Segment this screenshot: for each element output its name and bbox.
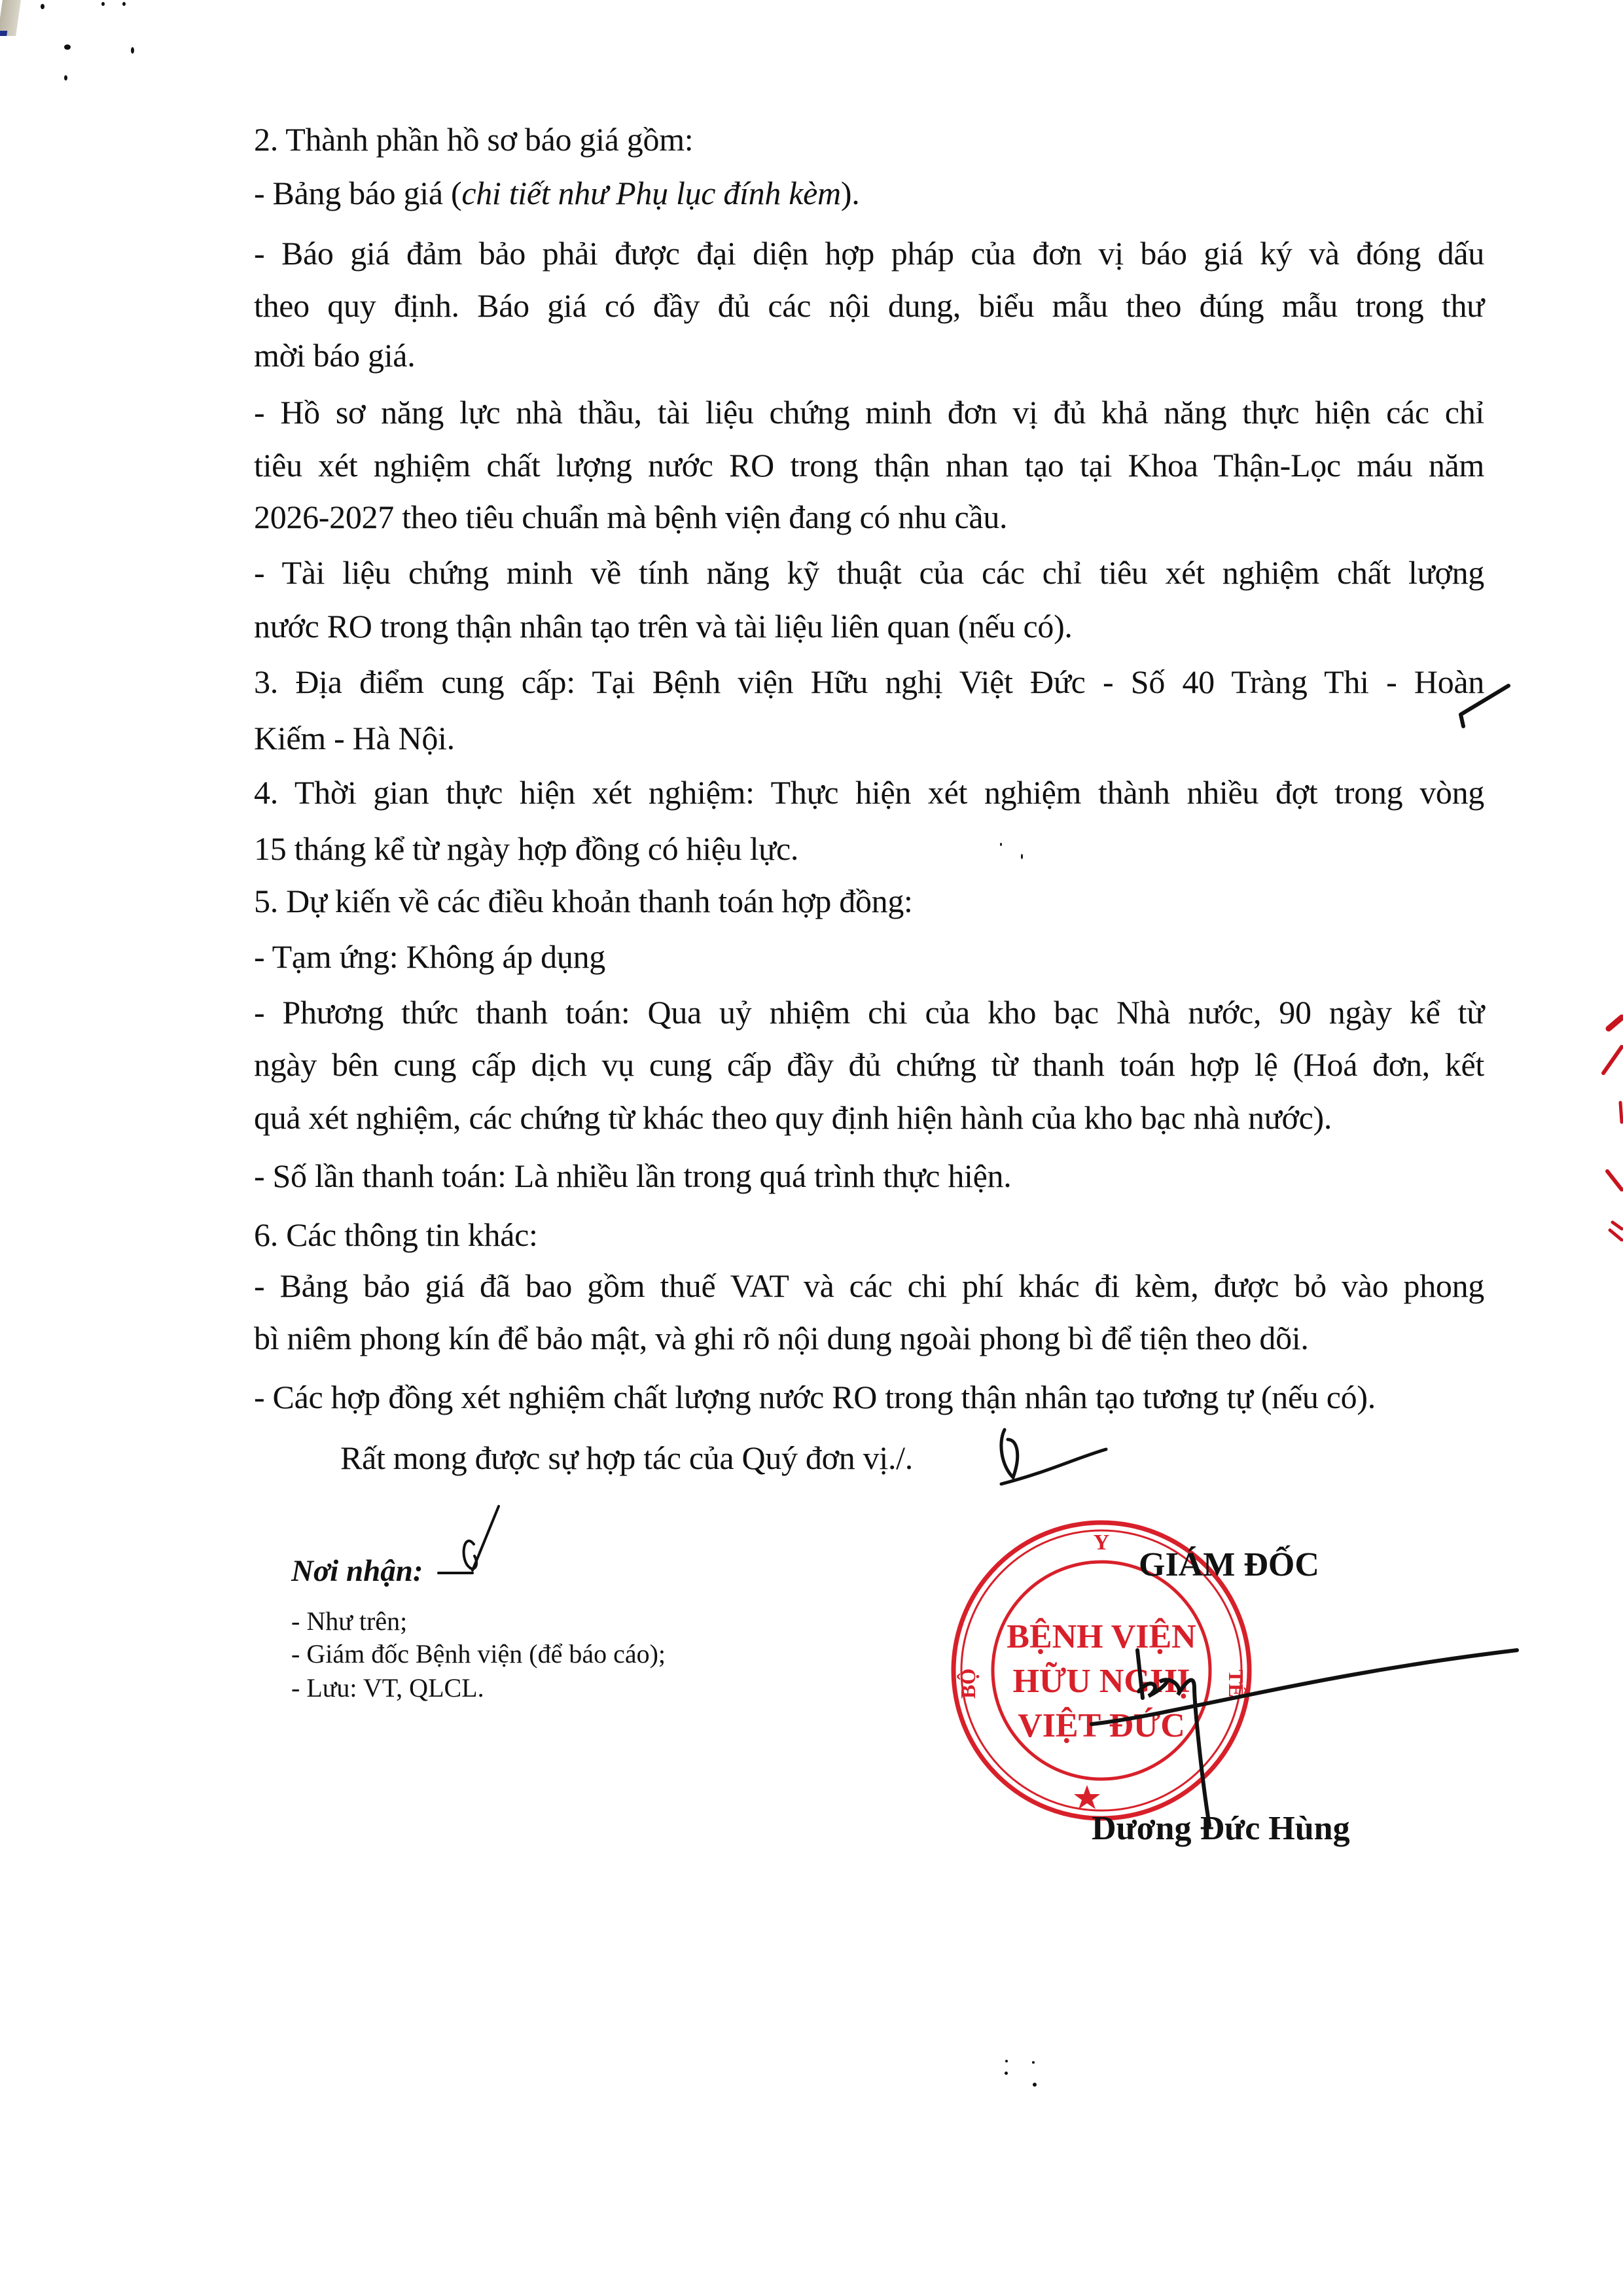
section-4-duration-line-2: 15 tháng kể từ ngày hợp đồng có hiệu lực… bbox=[254, 832, 798, 865]
bleed-through-red-marks bbox=[1584, 981, 1623, 1269]
section-5-payment-method-line-3: quả xét nghiệm, các chứng từ khác theo q… bbox=[254, 1101, 1332, 1134]
section-3-location-line-2: Kiếm - Hà Nội. bbox=[254, 722, 455, 754]
scan-speck bbox=[1005, 2072, 1008, 2075]
item-prefix: - Bảng báo giá ( bbox=[254, 175, 461, 211]
section-2-item-technical-docs-line-1: - Tài liệu chứng minh về tính năng kỹ th… bbox=[254, 556, 1484, 589]
scan-speck bbox=[1005, 2060, 1008, 2062]
scan-speck bbox=[122, 2, 126, 6]
stamp-line-1: BỆNH VIỆN bbox=[1007, 1617, 1196, 1655]
section-3-location-line-1: 3. Địa điểm cung cấp: Tại Bệnh viện Hữu … bbox=[254, 665, 1484, 698]
closing-remark: Rất mong được sự hợp tác của Quý đơn vị.… bbox=[340, 1441, 913, 1474]
section-2-item-quote-signature-line-3: mời báo giá. bbox=[254, 339, 415, 372]
closing-initial-mark-icon bbox=[1001, 1430, 1106, 1484]
recipient-item: - Lưu: VT, QLCL. bbox=[291, 1675, 484, 1701]
recipients-title: Nơi nhận: bbox=[291, 1556, 423, 1587]
recipient-item: - Giám đốc Bệnh viện (để báo cáo); bbox=[291, 1641, 666, 1667]
section-5-payment-count: - Số lần thanh toán: Là nhiều lần trong … bbox=[254, 1159, 1011, 1192]
section-2-item-quote-table: - Bảng báo giá (chi tiết như Phụ lục đín… bbox=[254, 177, 859, 209]
section-5-heading: 5. Dự kiến về các điều khoản thanh toán … bbox=[254, 885, 913, 917]
section-6-heading: 6. Các thông tin khác: bbox=[254, 1218, 538, 1251]
section-2-item-capability-line-1: - Hồ sơ năng lực nhà thầu, tài liệu chứn… bbox=[254, 396, 1484, 429]
section-6-similar-contracts: - Các hợp đồng xét nghiệm chất lượng nướ… bbox=[254, 1381, 1376, 1413]
section-4-duration-line-1: 4. Thời gian thực hiện xét nghiệm: Thực … bbox=[254, 776, 1484, 809]
scan-speck bbox=[64, 75, 67, 80]
section-2-item-capability-line-2: tiêu xét nghiệm chất lượng nước RO trong… bbox=[254, 449, 1484, 482]
section-6-vat-line-2: bì niêm phong kín để bảo mật, và ghi rõ … bbox=[254, 1322, 1309, 1354]
section-2-item-technical-docs-line-2: nước RO trong thận nhân tạo trên và tài … bbox=[254, 610, 1073, 643]
stamp-top-letter: Y bbox=[1094, 1530, 1110, 1555]
scan-speck bbox=[64, 44, 71, 50]
section-6-vat-line-1: - Bảng bảo giá đã bao gồm thuế VAT và cá… bbox=[254, 1269, 1484, 1302]
section-5-payment-method-line-2: ngày bên cung cấp dịch vụ cung cấp đầy đ… bbox=[254, 1048, 1484, 1081]
section-5-advance-payment: - Tạm ứng: Không áp dụng bbox=[254, 940, 605, 973]
scan-speck bbox=[1032, 2061, 1035, 2064]
handwriting-layer bbox=[0, 0, 1623, 2296]
item-italic-note: chi tiết như Phụ lục đính kèm bbox=[461, 175, 841, 211]
scan-speck bbox=[101, 2, 105, 6]
stamp-right-letters: TẾ bbox=[1224, 1670, 1248, 1698]
section-2-heading: 2. Thành phần hồ sơ báo giá gồm: bbox=[254, 123, 693, 156]
recipient-item: - Như trên; bbox=[291, 1608, 407, 1634]
scan-speck bbox=[131, 47, 134, 54]
scan-speck bbox=[1021, 854, 1023, 859]
stamp-left-letters: BỘ bbox=[956, 1669, 980, 1699]
signature-title: GIÁM ĐỐC bbox=[1139, 1545, 1319, 1584]
signatory-name: Dương Đức Hùng bbox=[1092, 1809, 1350, 1848]
stamp-line-3: VIỆT ĐỨC bbox=[1018, 1706, 1185, 1744]
scan-speck bbox=[41, 4, 45, 9]
section-2-item-quote-signature-line-2: theo quy định. Báo giá có đầy đủ các nội… bbox=[254, 289, 1484, 322]
section-2-item-quote-signature-line-1: - Báo giá đảm bảo phải được đại diện hợp… bbox=[254, 237, 1484, 270]
scan-edge-artifact bbox=[0, 0, 21, 36]
scan-speck bbox=[1000, 843, 1002, 846]
stamp-star-icon bbox=[1074, 1785, 1100, 1809]
section-5-payment-method-line-1: - Phương thức thanh toán: Qua uỷ nhiệm c… bbox=[254, 996, 1484, 1029]
section-2-item-capability-line-3: 2026-2027 theo tiêu chuẩn mà bệnh viện đ… bbox=[254, 501, 1007, 533]
item-suffix: ). bbox=[841, 175, 860, 211]
stamp-line-2: HỮU NGHỊ bbox=[1012, 1661, 1190, 1700]
scan-speck bbox=[1033, 2083, 1037, 2087]
recipients-initial-mark-icon bbox=[438, 1506, 499, 1573]
